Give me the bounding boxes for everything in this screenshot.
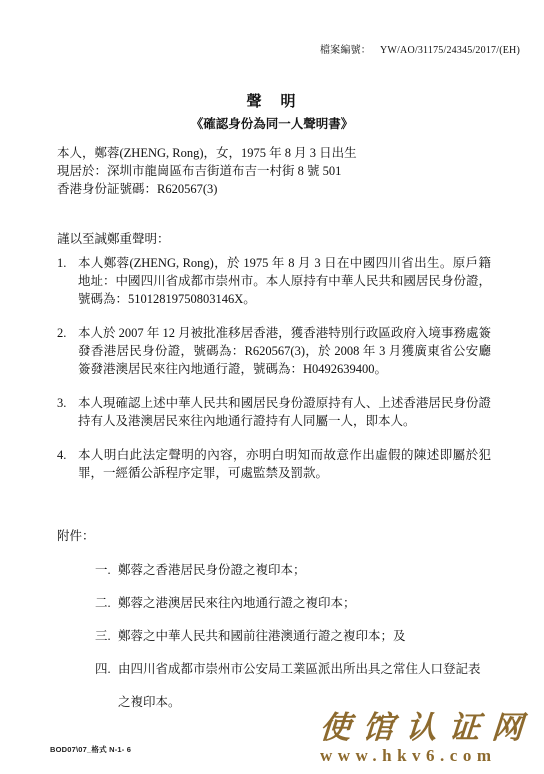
attachment-3-number: 三. (95, 627, 118, 645)
attachments-list: 一. 鄭蓉之香港居民身份證之複印本； 二. 鄭蓉之港澳居民來往內地通行證之複印本… (95, 561, 504, 711)
declaration-clauses: 1. 本人鄭蓉(ZHENG, Rong)，於 1975 年 8 月 3 日在中國… (57, 254, 491, 498)
file-number-label: 檔案編號： (320, 45, 371, 56)
form-code: BOD07\07_格式 N-1- 6 (50, 744, 131, 755)
attachment-2: 二. 鄭蓉之港澳居民來往內地通行證之複印本； (95, 594, 504, 612)
attachment-2-text: 鄭蓉之港澳居民來往內地通行證之複印本； (118, 594, 504, 612)
attachment-1: 一. 鄭蓉之香港居民身份證之複印本； (95, 561, 504, 579)
clause-3-text: 本人現確認上述中華人民共和國居民身份證原持有人、上述香港居民身份證持有人及港澳居… (78, 394, 491, 430)
watermark: 使馆认证网 www.hkv6.com (320, 702, 544, 766)
attachment-4-number: 四. (95, 660, 118, 678)
declarant-hkid-line: 香港身份証號碼：R620567(3) (57, 180, 494, 198)
clause-4-number: 4. (57, 446, 78, 482)
attachment-4: 四. 由四川省成都市崇州市公安局工業區派出所出具之常住人口登記表 (95, 660, 504, 678)
attachment-1-number: 一. (95, 561, 118, 579)
clause-3-number: 3. (57, 394, 78, 430)
file-number: 檔案編號：YW/AO/31175/24345/2017/(EH) (320, 41, 520, 56)
attachment-1-text: 鄭蓉之香港居民身份證之複印本； (118, 561, 504, 579)
document-subtitle: 《確認身份為同一人聲明書》 (0, 114, 544, 132)
clause-1: 1. 本人鄭蓉(ZHENG, Rong)，於 1975 年 8 月 3 日在中國… (57, 254, 491, 308)
attachment-4-text: 由四川省成都市崇州市公安局工業區派出所出具之常住人口登記表 (118, 660, 504, 678)
clause-2-number: 2. (57, 324, 78, 378)
attachments-label: 附件： (57, 526, 95, 544)
title-block: 聲 明 《確認身份為同一人聲明書》 (0, 90, 544, 132)
attachment-3: 三. 鄭蓉之中華人民共和國前往港澳通行證之複印本；及 (95, 627, 504, 645)
declaration-lead: 謹以至誠鄭重聲明： (57, 229, 170, 247)
clause-1-number: 1. (57, 254, 78, 308)
clause-1-text: 本人鄭蓉(ZHENG, Rong)，於 1975 年 8 月 3 日在中國四川省… (78, 254, 491, 308)
file-number-value: YW/AO/31175/24345/2017/(EH) (380, 45, 520, 56)
clause-2: 2. 本人於 2007 年 12 月被批准移居香港，獲香港特別行政區政府入境事務… (57, 324, 491, 378)
attachment-3-text: 鄭蓉之中華人民共和國前往港澳通行證之複印本；及 (118, 627, 504, 645)
document-title: 聲 明 (0, 90, 544, 111)
declarant-info: 本人，鄭蓉(ZHENG, Rong)，女，1975 年 8 月 3 日出生 現居… (57, 144, 494, 198)
clause-4: 4. 本人明白此法定聲明的內容，亦明白明知而故意作出虛假的陳述即屬於犯罪，一經循… (57, 446, 491, 482)
clause-3: 3. 本人現確認上述中華人民共和國居民身份證原持有人、上述香港居民身份證持有人及… (57, 394, 491, 430)
attachment-2-number: 二. (95, 594, 118, 612)
watermark-site-url: www.hkv6.com (320, 746, 544, 766)
declarant-name-line: 本人，鄭蓉(ZHENG, Rong)，女，1975 年 8 月 3 日出生 (57, 144, 494, 162)
declaration-document-page: 檔案編號：YW/AO/31175/24345/2017/(EH) 聲 明 《確認… (0, 0, 544, 774)
attachment-4-continuation: 之複印本。 (95, 693, 504, 711)
clause-4-text: 本人明白此法定聲明的內容，亦明白明知而故意作出虛假的陳述即屬於犯罪，一經循公訴程… (78, 446, 491, 482)
clause-2-text: 本人於 2007 年 12 月被批准移居香港，獲香港特別行政區政府入境事務處簽發… (78, 324, 491, 378)
declarant-address-line: 現居於：深圳市龍崗區布吉街道布吉一村街 8 號 501 (57, 162, 494, 180)
